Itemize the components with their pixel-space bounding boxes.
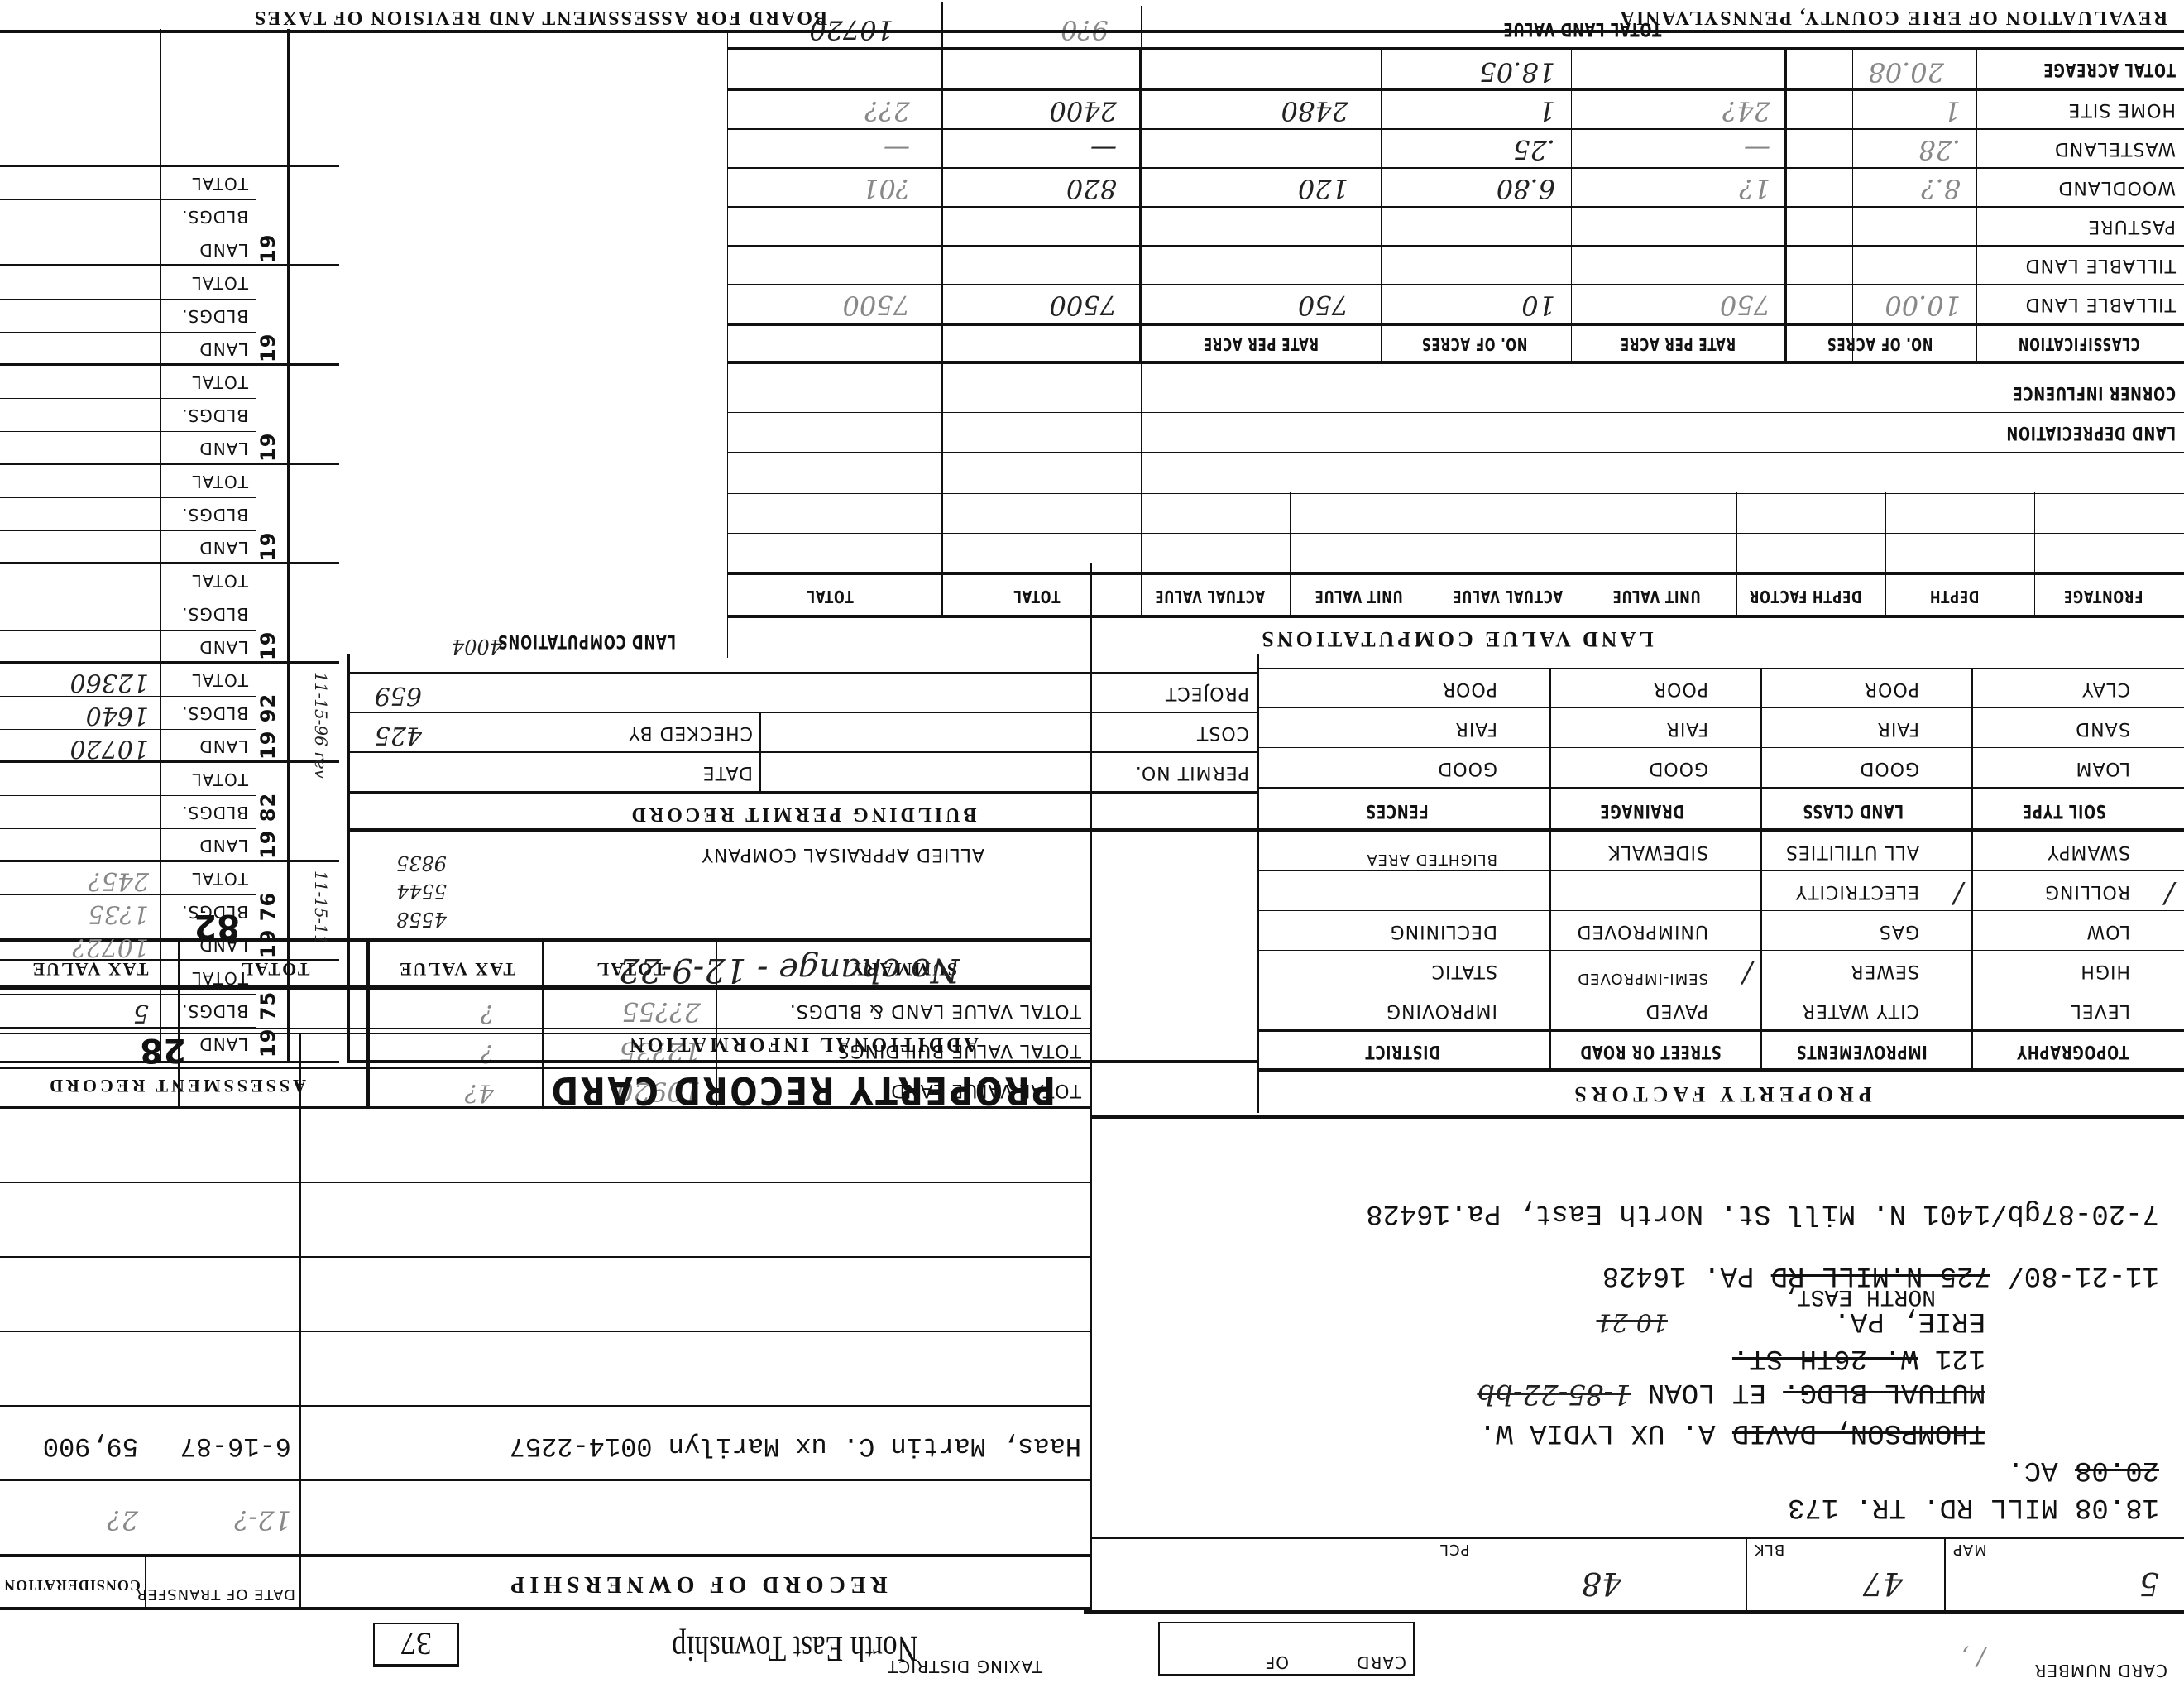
factor-checkbox[interactable] — [1717, 707, 1762, 747]
assessment-total-value: 245? — [89, 866, 149, 895]
total-acreage-2: 18.05 — [1479, 56, 1555, 88]
factor-label: UNIMPROVED — [1577, 921, 1708, 942]
classification-total2: — — [1090, 134, 1117, 165]
assessment-side-note — [290, 266, 339, 366]
factor-checkbox[interactable] — [2138, 831, 2184, 870]
ownership-row — [0, 1182, 1090, 1256]
ownership-header: RECORD OF OWNERSHIP DATE OF TRANSFER CON… — [0, 1557, 1090, 1607]
factor-label: PAVED — [1645, 1000, 1708, 1021]
of-label: OF — [1265, 1652, 1289, 1672]
factor-header: STREET OR ROAD — [1556, 1041, 1746, 1062]
assessment-row-label: TOTAL — [192, 869, 248, 889]
assessment-side-note — [290, 564, 339, 664]
factor-checkbox[interactable] — [1928, 910, 1973, 950]
land-value-header: ACTUAL VALUE — [1435, 587, 1581, 607]
classification-total1: — — [884, 134, 910, 165]
assessment-side-note — [290, 167, 339, 266]
factor-header: DISTRICT — [1271, 1041, 1535, 1062]
factor-checkbox[interactable] — [1928, 668, 1973, 707]
assessment-side-note: 11-15-11 — [290, 862, 339, 961]
factor-checkbox[interactable] — [2138, 707, 2184, 747]
factor-label: DECLINING — [1390, 921, 1497, 942]
factor-checkbox[interactable] — [2138, 990, 2184, 1029]
classification-total1: 2?? — [864, 95, 910, 127]
classification-header: CLASSIFICATION — [1982, 334, 2176, 354]
assessment-row-label: TOTAL — [192, 770, 248, 789]
classification-label: WOODLAND — [2057, 177, 2176, 198]
factor-label: IMPROVING — [1386, 1000, 1497, 1021]
assessment-side-note — [290, 366, 339, 465]
assessment-bldgs-value: 1?35 — [89, 899, 149, 928]
classification-rate1: 24? — [1722, 95, 1770, 127]
margin-note: 5544 — [396, 880, 447, 903]
assessment-land-value: 10720 — [70, 734, 149, 763]
assessment-row-label: TOTAL — [192, 372, 248, 392]
additional-info-note: No change - 12-9-22 — [619, 951, 960, 989]
assessment-row-label: TOTAL — [192, 472, 248, 492]
factor-label: FAIR — [1877, 718, 1919, 739]
blk-cell: BLK 47 — [1746, 1539, 1944, 1610]
card-number-mark: / , — [1961, 1642, 1985, 1671]
card-number-label: CARD NUMBER — [2076, 1662, 2167, 1680]
factor-header: SOIL TYPE — [1977, 800, 2151, 821]
classification-label: PASTURE — [2087, 216, 2176, 237]
taxing-district-value: North East Township — [672, 1628, 918, 1670]
total-acreage-1: 20.08 — [1868, 56, 1944, 88]
check-mark-icon: / — [2165, 877, 2174, 910]
classification-table: CLASSIFICATIONNO. OF ACRESRATE PER ACREN… — [728, 33, 2184, 364]
card-label: CARD — [1356, 1652, 1406, 1672]
classification-label: TILLABLE LAND — [2025, 294, 2176, 314]
factor-label: FAIR — [1666, 718, 1708, 739]
classification-total1: 7500 — [843, 290, 910, 321]
record-card-center: PROPERTY RECORD CARDADDITIONAL INFORMATI… — [347, 654, 1257, 1113]
assessment-year: 19 — [256, 362, 290, 462]
assessment-bldgs-value: 5 — [133, 999, 149, 1028]
allied-appraisal-label: ALLIED APPRAISAL COMPANY — [701, 844, 984, 865]
assessment-row-label: TOTAL — [192, 670, 248, 690]
assessment-row-label: LAND — [199, 240, 248, 260]
assessment-row-label: LAND — [199, 836, 248, 856]
permit-field-label: PROJECT — [1165, 683, 1249, 703]
transfer-date: 6-16-87 — [180, 1431, 291, 1461]
classification-header: NO. OF ACRES — [1790, 334, 1969, 354]
factor-label: LOW — [2086, 921, 2130, 942]
factor-checkbox[interactable] — [1717, 831, 1762, 870]
factor-checkbox[interactable] — [1928, 707, 1973, 747]
pcl-cell: PCL 48 — [1092, 1539, 1746, 1610]
ownership-row: Haas, Martin C. ux Marilyn 0014-22576-16… — [0, 1405, 1090, 1479]
factor-checkbox[interactable] — [1717, 668, 1762, 707]
assessment-year: 19 92 — [256, 660, 290, 760]
factor-checkbox[interactable] — [1506, 831, 1551, 870]
assessment-land-value: 1072? — [73, 933, 149, 961]
factor-checkbox[interactable] — [1506, 990, 1551, 1029]
classification-rate2: 750 — [1298, 290, 1348, 321]
land-value-header: DEPTH — [1882, 587, 2028, 607]
land-computations-column: LAND COMPUTATIONS 4004 — [339, 33, 728, 658]
factor-label: LEVEL — [2071, 1000, 2130, 1021]
factor-checkbox[interactable] — [2138, 747, 2184, 787]
factor-label: CITY WATER — [1802, 1000, 1919, 1021]
assessment-side-note — [290, 961, 339, 1061]
factor-header: TOPOGRAPHY — [1978, 1041, 2168, 1062]
page-box: 37 — [373, 1623, 459, 1667]
land-value-header: ACTUAL VALUE — [1137, 587, 1283, 607]
land-depreciation-label: LAND DEPRECIATION — [2006, 422, 2176, 443]
classification-rate1: — — [1744, 134, 1770, 165]
factor-label: BLIGHTED AREA — [1365, 851, 1497, 867]
assessment-year: 19 — [256, 462, 290, 561]
assessment-row-label: BLDGS. — [181, 604, 248, 624]
assessment-row-label: BLDGS. — [181, 306, 248, 326]
factor-label: SIDEWALK — [1607, 842, 1708, 862]
factor-label: SAND — [2075, 718, 2130, 739]
check-mark-icon: / — [1954, 877, 1963, 910]
factor-checkbox[interactable]: / — [2138, 870, 2184, 910]
assessment-row-label: BLDGS. — [181, 1001, 248, 1021]
classification-acres2: 10 — [1521, 290, 1555, 321]
factor-checkbox[interactable]: / — [1717, 950, 1762, 990]
assessment-row-label: LAND — [199, 1034, 248, 1054]
factor-header: DRAINAGE — [1555, 800, 1729, 821]
classification-label: WASTELAND — [2054, 138, 2176, 159]
factor-checkbox[interactable] — [1717, 990, 1762, 1029]
factor-checkbox[interactable] — [2138, 910, 2184, 950]
assessment-row-label: BLDGS. — [181, 505, 248, 525]
classification-rate2: 2480 — [1281, 95, 1348, 127]
land-value-header: UNIT VALUE — [1286, 587, 1432, 607]
card-of-box[interactable]: CARD OF — [1158, 1622, 1415, 1676]
permit-field-label: DATE — [702, 762, 753, 783]
assessment-record-title: ASSESSMENT RECORD — [46, 1075, 306, 1096]
corner-influence-label: CORNER INFLUENCE — [2013, 382, 2176, 403]
transfer-date: 12-? — [234, 1504, 291, 1536]
assessment-year: 19 76 — [256, 859, 290, 958]
owner-address-block: 18.08 MILL RD. TR. 173 20.08 AC. THOMPSO… — [1100, 1125, 2167, 1523]
permit-field-label: PERMIT NO. — [1135, 762, 1249, 783]
date-of-transfer-header: DATE OF TRANSFER — [146, 1585, 295, 1602]
taxing-district-label: TAXING DISTRICT — [935, 1657, 1042, 1676]
assessment-row-label: LAND — [199, 339, 248, 359]
assessment-record: ASSESSMENT RECORD19 75LANDBLDGS.5TOTAL28… — [0, 29, 339, 1105]
assessment-stamp: 82 — [194, 907, 240, 945]
factor-label: GOOD — [1437, 758, 1497, 779]
margin-note: 4558 — [396, 908, 447, 931]
classification-total1: ?01 — [862, 173, 910, 204]
factor-label: POOR — [1442, 679, 1497, 699]
factor-checkbox[interactable] — [1928, 831, 1973, 870]
assessment-row-label: TOTAL — [192, 968, 248, 988]
factor-label: LOAM — [2076, 758, 2130, 779]
classification-acres2: 6.80 — [1497, 173, 1555, 204]
factor-checkbox[interactable] — [1506, 707, 1551, 747]
assessment-row-label: TOTAL — [192, 174, 248, 194]
factor-checkbox[interactable] — [1506, 910, 1551, 950]
classification-rate2: 120 — [1298, 173, 1348, 204]
consideration-value: 59,900 — [43, 1431, 138, 1461]
factor-label: ROLLING — [2044, 881, 2130, 902]
revaluation-title: REVALUATION OF ERIE COUNTY, PENNSYLVANIA — [1619, 6, 2167, 28]
map-cell: MAP 5 — [1944, 1539, 2184, 1610]
additional-info-title: ADDITIONAL INFORMATION — [347, 1033, 1257, 1055]
factor-label: ALL UTILITIES — [1785, 842, 1919, 862]
factor-label: POOR — [1653, 679, 1708, 699]
classification-acres2: 1 — [1539, 95, 1555, 127]
factor-label: SEWER — [1850, 961, 1919, 981]
factor-label: GOOD — [1648, 758, 1708, 779]
factor-checkbox[interactable] — [2138, 950, 2184, 990]
factor-checkbox[interactable] — [1928, 950, 1973, 990]
classification-header: NO. OF ACRES — [1385, 334, 1564, 354]
factor-checkbox[interactable] — [1928, 990, 1973, 1029]
permit-field-label: COST — [1196, 722, 1249, 743]
ownership-row — [0, 1256, 1090, 1331]
land-value-header: DEPTH FACTOR — [1733, 587, 1879, 607]
building-permit-title: BUILDING PERMIT RECORD — [347, 803, 1257, 825]
assessment-year: 19 — [256, 263, 290, 362]
factor-label: SWAMPY — [2047, 842, 2130, 862]
land-value-header: TOTAL — [940, 587, 1133, 607]
total-acreage-label: TOTAL ACREAGE — [2043, 59, 2176, 79]
classification-acres1: 1 — [1944, 95, 1961, 127]
assessment-year: 19 — [256, 164, 290, 263]
assessment-side-note: 11-15-96 rev — [290, 664, 339, 763]
margin-note: 9835 — [396, 851, 447, 875]
factor-checkbox[interactable] — [1506, 668, 1551, 707]
factor-header: FENCES — [1276, 800, 1518, 821]
property-factors: PROPERTY FACTORSTOPOGRAPHYIMPROVEMENTSST… — [1257, 654, 2184, 1113]
factor-checkbox[interactable] — [1506, 950, 1551, 990]
assessment-stamp: 28 — [140, 1031, 186, 1069]
factor-label: SEMI-IMPROVED — [1576, 971, 1708, 986]
assessment-row-label: LAND — [199, 637, 248, 657]
factor-checkbox[interactable] — [1506, 870, 1551, 910]
factor-label: CLAY — [2081, 679, 2130, 699]
assessment-year: 19 82 — [256, 760, 290, 859]
factor-label: STATIC — [1431, 961, 1497, 981]
assessment-total-value: 12360 — [70, 668, 149, 697]
classification-total2: 2400 — [1050, 95, 1117, 127]
permit-field-value: 659 — [375, 681, 422, 710]
assessment-side-note — [290, 465, 339, 564]
factor-label: FAIR — [1455, 718, 1497, 739]
classification-acres1: 8.? — [1921, 173, 1961, 204]
assessment-bldgs-value: 1640 — [86, 701, 149, 730]
factor-checkbox[interactable] — [1506, 747, 1551, 787]
classification-label: TILLABLE LAND — [2025, 255, 2176, 276]
property-record-card-title: PROPERTY RECORD CARD — [416, 1068, 1190, 1113]
board-title: BOARD FOR ASSESSMENT AND REVISION OF TAX… — [253, 6, 827, 28]
land-value-header: UNIT VALUE — [1584, 587, 1730, 607]
assessment-row-label: BLDGS. — [181, 703, 248, 723]
ownership-row: 12-?2? — [0, 1479, 1090, 1554]
classification-acres2: .25 — [1513, 134, 1555, 165]
owner-name: Haas, Martin C. ux Marilyn 0014-2257 — [510, 1431, 1081, 1461]
factor-checkbox[interactable] — [1717, 747, 1762, 787]
permit-field-value: 425 — [375, 721, 422, 750]
assessment-year: 19 75 — [256, 958, 290, 1057]
assessment-row-label: LAND — [199, 736, 248, 756]
property-factors-title: PROPERTY FACTORS — [1257, 1081, 2184, 1106]
consideration-value: 2? — [107, 1504, 138, 1536]
classification-rate1: 1? — [1739, 173, 1770, 204]
factor-checkbox[interactable] — [1928, 747, 1973, 787]
factor-checkbox[interactable] — [1717, 910, 1762, 950]
permit-field-label: CHECKED BY — [628, 722, 753, 743]
property-record-card: CARD NUMBER / , CARD OF TAXING DISTRICT … — [0, 0, 2184, 1688]
factor-label: HIGH — [2080, 961, 2130, 981]
assessment-year: 19 — [256, 561, 290, 660]
factor-label: ELECTRICITY — [1795, 881, 1919, 902]
classification-label: HOME SITE — [2067, 99, 2176, 120]
classification-acres1: .28 — [1918, 134, 1961, 165]
check-mark-icon: / — [1743, 957, 1752, 990]
assessment-row-label: TOTAL — [192, 571, 248, 591]
assessment-row-label: LAND — [199, 538, 248, 558]
ownership-row — [0, 1331, 1090, 1405]
assessment-row-label: TOTAL — [192, 273, 248, 293]
assessment-row-label: BLDGS. — [181, 405, 248, 425]
classification-header: RATE PER ACRE — [1577, 334, 1779, 354]
classification-acres1: 10.00 — [1885, 290, 1961, 321]
ownership-row — [0, 1107, 1090, 1182]
classification-rate1: 750 — [1720, 290, 1770, 321]
assessment-row-label: BLDGS. — [181, 207, 248, 227]
land-value-header: TOTAL — [726, 587, 936, 607]
factor-header: LAND CLASS — [1766, 800, 1940, 821]
classification-header: RATE PER ACRE — [1148, 334, 1373, 354]
land-value-header: FRONTAGE — [2031, 587, 2177, 607]
assessment-row-label: BLDGS. — [181, 803, 248, 822]
factor-label: GOOD — [1859, 758, 1919, 779]
factor-checkbox[interactable] — [2138, 668, 2184, 707]
classification-total2: 820 — [1066, 173, 1117, 204]
classification-total2: 7500 — [1050, 290, 1117, 321]
factor-checkbox[interactable] — [1717, 870, 1762, 910]
factor-label: POOR — [1864, 679, 1919, 699]
land-value-title: LAND VALUE COMPUTATIONS — [728, 626, 2184, 651]
factor-label: GAS — [1879, 921, 1919, 942]
factor-header: IMPROVEMENTS — [1767, 1041, 1957, 1062]
factor-checkbox[interactable]: / — [1928, 870, 1973, 910]
assessment-row-label: LAND — [199, 439, 248, 458]
consideration-header: CONSIDERATION — [2, 1576, 142, 1594]
land-value-computations: LAND VALUE COMPUTATIONSFRONTAGEDEPTHDEPT… — [728, 360, 2184, 658]
